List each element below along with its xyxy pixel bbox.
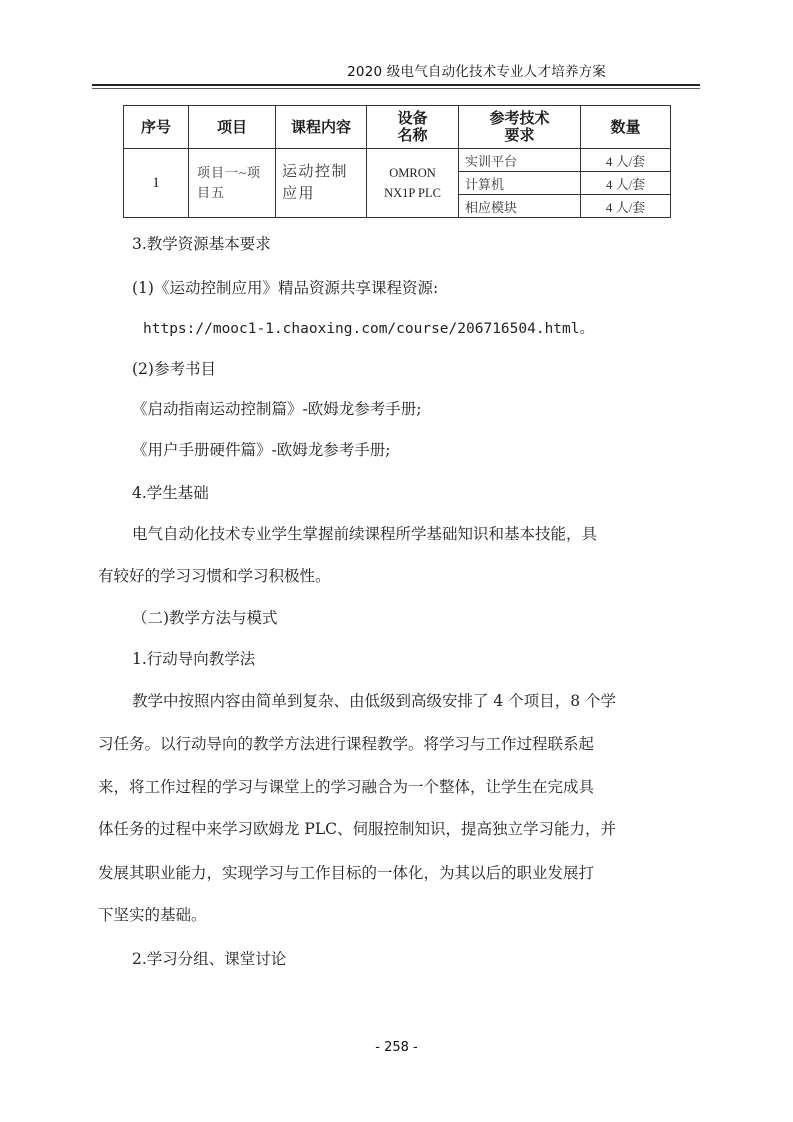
cell-quantity: 4 人/套 [581, 172, 671, 195]
cell-quantity: 4 人/套 [581, 149, 671, 172]
cell-project: 项目一~项目五 [189, 149, 276, 218]
col-header-requirement-line2: 要求 [459, 127, 580, 144]
subsection-heading-group-discussion: 2.学习分组、课堂讨论 [132, 947, 286, 969]
cell-device-line1: OMRON [367, 163, 458, 183]
paragraph-line: 来，将工作过程的学习与课堂上的学习融合为一个整体，让学生在完成具 [98, 775, 594, 797]
paragraph-line: 下坚实的基础。 [98, 903, 207, 925]
col-header-seq: 序号 [124, 106, 189, 149]
cell-device-line2: NX1P PLC [367, 183, 458, 203]
col-header-project: 项目 [189, 106, 276, 149]
cell-requirement: 相应模块 [459, 195, 581, 218]
cell-device: OMRON NX1P PLC [367, 149, 459, 218]
col-header-device-line2: 名称 [367, 127, 458, 144]
paragraph-line: 习任务。以行动导向的教学方法进行课程教学。将学习与工作过程联系起 [98, 732, 594, 754]
cell-requirement: 实训平台 [459, 149, 581, 172]
running-header-title: 2020 级电气自动化技术专业人才培养方案 [92, 60, 700, 80]
col-header-requirement-line1: 参考技术 [459, 110, 580, 127]
reference-book-1: 《启动指南运动控制篇》-欧姆龙参考手册; [132, 397, 421, 419]
resource-item-2: (2)参考书目 [132, 357, 216, 379]
section-heading-teaching-resources: 3.教学资源基本要求 [132, 232, 271, 254]
subsection-heading-action-oriented: 1.行动导向教学法 [132, 647, 255, 669]
paragraph-line: 教学中按照内容由简单到复杂、由低级到高级安排了 4 个项目，8 个学 [132, 689, 616, 711]
cell-seq: 1 [124, 149, 189, 218]
col-header-device-line1: 设备 [367, 110, 458, 127]
cell-course: 运动控制应用 [276, 149, 367, 218]
resource-item-1: (1)《运动控制应用》精品资源共享课程资源: [132, 276, 438, 298]
cell-requirement: 计算机 [459, 172, 581, 195]
paragraph-line: 电气自动化技术专业学生掌握前续课程所学基础知识和基本技能，具 [132, 522, 597, 544]
paragraph-line: 有较好的学习习惯和学习积极性。 [98, 564, 331, 586]
section-heading-teaching-methods: （二)教学方法与模式 [132, 606, 278, 628]
equipment-table: 序号 项目 课程内容 设备 名称 参考技术 要求 数量 1 项目一~项目五 运动… [123, 105, 671, 218]
course-url-link[interactable]: https://mooc1-1.chaoxing.com/course/2067… [143, 317, 594, 338]
header-double-rule [92, 84, 700, 89]
col-header-course: 课程内容 [276, 106, 367, 149]
section-heading-student-basis: 4.学生基础 [132, 481, 209, 503]
cell-quantity: 4 人/套 [581, 195, 671, 218]
table-row: 1 项目一~项目五 运动控制应用 OMRON NX1P PLC 实训平台 4 人… [124, 149, 671, 172]
reference-book-2: 《用户手册硬件篇》-欧姆龙参考手册; [132, 438, 390, 460]
col-header-device: 设备 名称 [367, 106, 459, 149]
paragraph-line: 发展其职业能力，实现学习与工作目标的一体化，为其以后的职业发展打 [98, 861, 594, 883]
col-header-quantity: 数量 [581, 106, 671, 149]
col-header-requirement: 参考技术 要求 [459, 106, 581, 149]
page-number: - 258 - [0, 1040, 793, 1055]
paragraph-line: 体任务的过程中来学习欧姆龙 PLC、伺服控制知识，提高独立学习能力，并 [98, 817, 616, 839]
table-header-row: 序号 项目 课程内容 设备 名称 参考技术 要求 数量 [124, 106, 671, 149]
